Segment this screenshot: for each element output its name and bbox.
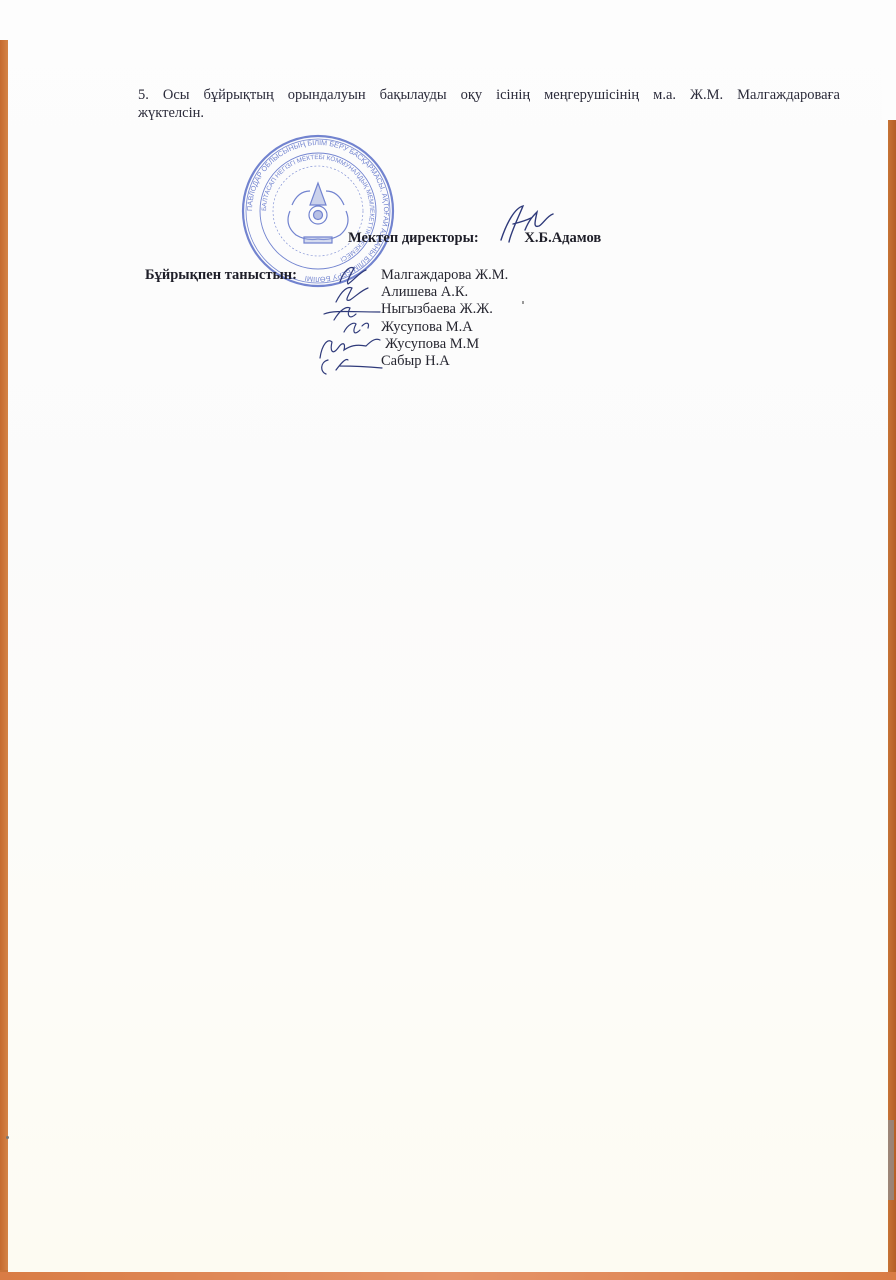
acknowledgement-name: Жусупова М.А bbox=[381, 319, 508, 336]
paper-speck bbox=[6, 1136, 9, 1139]
acknowledgement-name: Жусупова М.М bbox=[385, 336, 508, 353]
director-label: Мектеп директоры: bbox=[348, 230, 479, 246]
acknowledgement-name: Сабыр Н.А bbox=[381, 353, 508, 370]
document-page bbox=[8, 0, 888, 1272]
desk-edge-bottom bbox=[0, 1272, 896, 1280]
order-paragraph-5: 5. Осы бұйрықтың орындалуын бақылауды оқ… bbox=[138, 86, 840, 122]
acknowledgement-label: Бұйрықпен таныстын: bbox=[145, 267, 297, 284]
acknowledgement-name: Малгаждарова Ж.М. bbox=[381, 267, 508, 284]
acknowledgement-name: Алишева А.К. bbox=[381, 284, 508, 301]
acknowledgement-name: Ныгызбаева Ж.Ж. bbox=[381, 301, 508, 318]
paper-speck bbox=[522, 301, 524, 304]
page-margin bbox=[0, 0, 12, 40]
paragraph-line-1: 5. Осы бұйрықтың орындалуын бақылауды оқ… bbox=[138, 86, 840, 104]
director-signature-line: Мектеп директоры: Х.Б.Адамов bbox=[348, 230, 601, 247]
acknowledgement-list: Малгаждарова Ж.М. Алишева А.К. Ныгызбаев… bbox=[381, 267, 508, 370]
staff-signatures-icon bbox=[310, 262, 390, 380]
shadow bbox=[888, 1120, 894, 1200]
paragraph-line-2: жүктелсін. bbox=[138, 105, 204, 121]
director-name: Х.Б.Адамов bbox=[524, 230, 601, 246]
page-margin bbox=[882, 0, 896, 120]
